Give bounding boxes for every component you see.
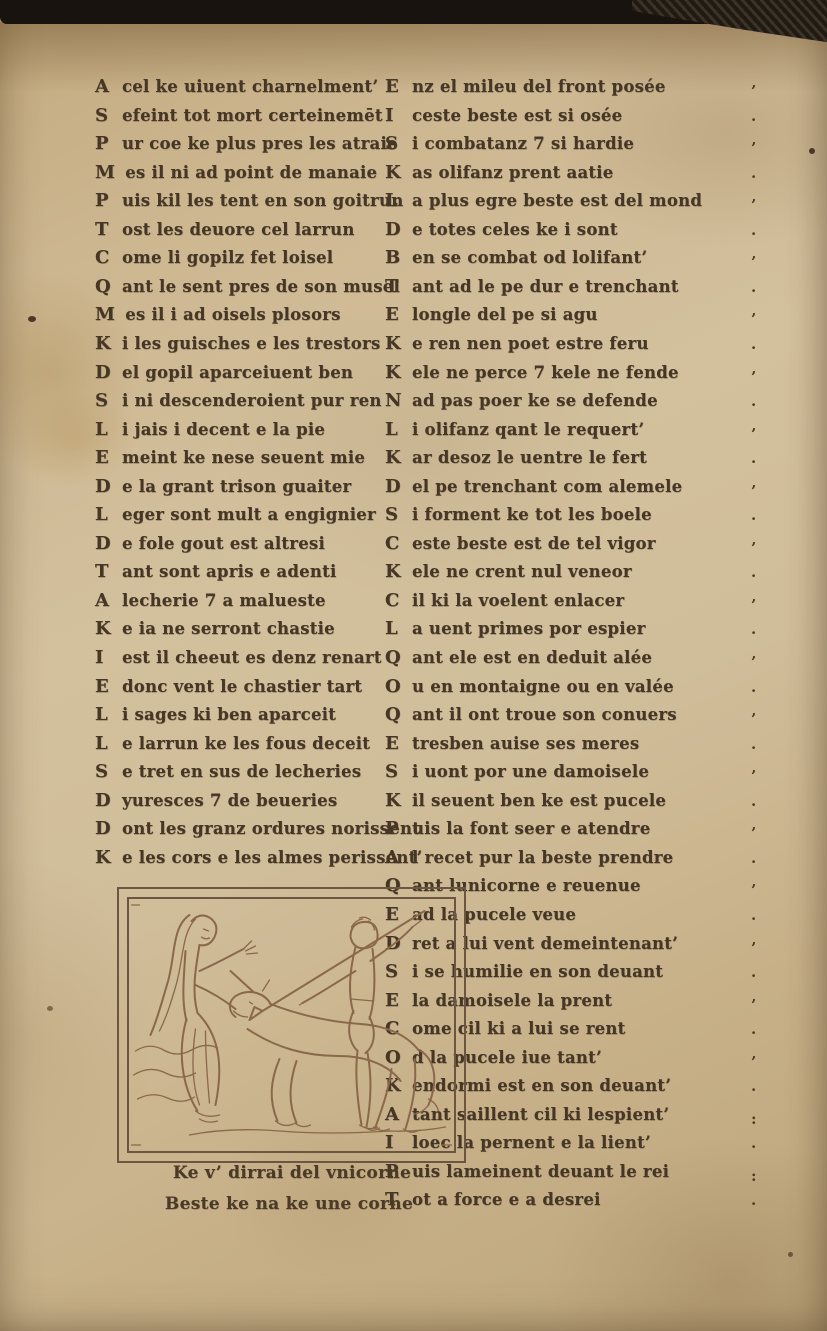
verse-text: uis la font seer e atendre — [412, 819, 650, 838]
verse-line: Iest il cheeut es denz renart — [95, 647, 382, 676]
verse-line: Acel ke uiuent charnelment’ — [95, 76, 378, 105]
verse-line: Tost les deuore cel larrun — [95, 219, 355, 248]
verse-line: Ke les cors e les almes perissent’ — [95, 847, 423, 876]
verse-line: Enz el mileu del front posée — [385, 76, 666, 105]
verse-text: i les guisches e les trestors — [122, 334, 380, 353]
margin-mark: · — [751, 1195, 758, 1224]
verse-text: i ni descenderoient pur ren — [122, 391, 382, 410]
verse-initial: K — [385, 162, 402, 183]
verse-line: Iceste beste est si osée — [385, 105, 622, 134]
verse-initial: K — [95, 847, 112, 868]
verse-line: Edonc vent le chastier tart — [95, 676, 362, 705]
verse-initial: D — [95, 362, 112, 383]
margin-mark: · — [751, 1138, 758, 1167]
verse-line: Le larrun ke les fous deceit — [95, 733, 370, 762]
manuscript-page: Acel ke uiuent charnelment’Sefeint tot m… — [0, 0, 827, 1331]
verse-initial: C — [385, 533, 402, 554]
verse-initial: I — [95, 647, 112, 668]
verse-text: i sages ki ben aparceit — [122, 705, 336, 724]
margin-mark: · — [751, 739, 758, 768]
verse-text: ot a force e a desrei — [412, 1190, 601, 1209]
verse-initial: L — [95, 704, 112, 725]
verse-line: Dyuresces 7 de beueries — [95, 790, 337, 819]
verse-initial: M — [95, 304, 115, 325]
verse-text: meint ke nese seuent mie — [122, 448, 365, 467]
verse-line: Qant il ont troue son conuers — [385, 704, 677, 733]
verse-initial: T — [95, 219, 112, 240]
margin-mark: · — [751, 339, 758, 368]
verse-text: el pe trenchant com alemele — [412, 477, 682, 496]
verse-line: Puis la font seer e atendre — [385, 818, 650, 847]
margin-mark: · — [751, 853, 758, 882]
margin-mark: · — [751, 111, 758, 140]
verse-text: e larrun ke les fous deceit — [122, 734, 370, 753]
verse-line: Se tret en sus de lecheries — [95, 761, 361, 790]
margin-mark: · — [751, 796, 758, 825]
verse-initial: S — [385, 504, 402, 525]
verse-line: Leger sont mult a engignier — [95, 504, 376, 533]
verse-initial: B — [385, 247, 402, 268]
verse-text: l recet pur la beste prendre — [412, 848, 673, 867]
ink-speck — [47, 1006, 53, 1011]
verse-initial: K — [385, 561, 402, 582]
verse-text: e tret en sus de lecheries — [122, 762, 361, 781]
verse-line: Kil seuent ben ke est pucele — [385, 790, 666, 819]
verse-initial: T — [95, 561, 112, 582]
margin-mark: ’ — [751, 139, 758, 168]
verse-initial: L — [385, 190, 402, 211]
ink-speck — [809, 148, 815, 154]
verse-line: Si combatanz 7 si hardie — [385, 133, 634, 162]
margin-mark: · — [751, 282, 758, 311]
verse-text: ant le sent pres de son musel — [122, 277, 400, 296]
margin-mark: : — [751, 1110, 759, 1139]
ink-speck — [28, 316, 36, 322]
verse-text: ant ad le pe dur e trenchant — [412, 277, 679, 296]
margin-mark: ’ — [751, 310, 758, 339]
verse-initial: D — [95, 533, 112, 554]
verse-initial: E — [95, 447, 112, 468]
verse-text: il ki la voelent enlacer — [412, 591, 624, 610]
verse-line: Mes il ni ad point de manaie — [95, 162, 377, 191]
verse-text: ant ele est en deduit alée — [412, 648, 652, 667]
verse-text: ceste beste est si osée — [412, 106, 622, 125]
verse-initial: K — [385, 362, 402, 383]
margin-mark: ’ — [751, 996, 758, 1025]
verse-text: lecherie 7 a malueste — [122, 591, 326, 610]
verse-initial: D — [385, 476, 402, 497]
verse-initial: A — [95, 76, 112, 97]
left-text-column: Acel ke uiuent charnelment’Sefeint tot m… — [95, 76, 385, 876]
verse-initial: S — [95, 761, 112, 782]
verse-initial: O — [385, 676, 402, 697]
verse-line: Etresben auise ses meres — [385, 733, 639, 762]
verse-text: ele ne crent nul veneor — [412, 562, 632, 581]
verse-text: nz el mileu del front posée — [412, 77, 666, 96]
margin-mark: ’ — [751, 368, 758, 397]
verse-initial: E — [385, 76, 402, 97]
verse-line: Ke ia ne serront chastie — [95, 618, 335, 647]
verse-initial: A — [385, 847, 402, 868]
verse-initial: Q — [95, 276, 112, 297]
verse-text: e totes celes ke i sont — [412, 220, 618, 239]
verse-line: Ke ren nen poet estre feru — [385, 333, 649, 362]
verse-text: este beste est de tel vigor — [412, 534, 656, 553]
verse-initial: S — [95, 390, 112, 411]
verse-line: Kele ne crent nul veneor — [385, 561, 632, 590]
margin-mark: · — [751, 1024, 758, 1053]
verse-line: Dont les granz ordures norissent — [95, 818, 420, 847]
verse-line: La uent primes por espier — [385, 618, 646, 647]
verse-text: yuresces 7 de beueries — [122, 791, 337, 810]
verse-initial: S — [95, 105, 112, 126]
verse-initial: P — [95, 133, 112, 154]
verse-line: Kas olifanz prent aatie — [385, 162, 614, 191]
miniature-caption-line-2: Beste ke na ke une corne — [165, 1194, 413, 1214]
verse-text: ost les deuore cel larrun — [122, 220, 355, 239]
verse-line: Ki les guisches e les trestors — [95, 333, 380, 362]
verse-initial: P — [385, 818, 402, 839]
verse-text: i uont por une damoisele — [412, 762, 649, 781]
ink-speck — [788, 1252, 793, 1257]
verse-text: i combatanz 7 si hardie — [412, 134, 634, 153]
verse-text: i forment ke tot les boele — [412, 505, 652, 524]
verse-text: i olifanz qant le requert’ — [412, 420, 644, 439]
verse-initial: L — [95, 504, 112, 525]
verse-initial: C — [95, 247, 112, 268]
verse-text: ant il ont troue son conuers — [412, 705, 677, 724]
verse-text: en se combat od lolifant’ — [412, 248, 647, 267]
miniature-caption-line-1: Ke v’ dirrai del vnicorne — [173, 1163, 411, 1183]
verse-initial: I — [385, 105, 402, 126]
verse-initial: P — [95, 190, 112, 211]
verse-text: il seuent ben ke est pucele — [412, 791, 666, 810]
margin-mark: ’ — [751, 881, 758, 910]
verse-line: Li sages ki ben aparceit — [95, 704, 336, 733]
verse-text: ome li gopilz fet loisel — [122, 248, 333, 267]
verse-initial: L — [385, 419, 402, 440]
margin-mark: ’ — [751, 82, 758, 111]
verse-text: el gopil aparceiuent ben — [122, 363, 353, 382]
margin-mark: · — [751, 225, 758, 254]
verse-initial: D — [95, 790, 112, 811]
verse-line: Come li gopilz fet loisel — [95, 247, 333, 276]
verse-line: Tot a force e a desrei — [385, 1189, 601, 1218]
verse-text: ar desoz le uentre le fert — [412, 448, 647, 467]
verse-text: tresben auise ses meres — [412, 734, 639, 753]
margin-marks: ’·’·’·’·’·’·’·’·’·’·’·’·’·’·’·’·’·’·:·:· — [751, 82, 775, 1227]
verse-line: Alecherie 7 a malueste — [95, 590, 326, 619]
verse-initial: C — [385, 590, 402, 611]
verse-line: De totes celes ke i sont — [385, 219, 618, 248]
verse-line: La plus egre beste est del mond — [385, 190, 702, 219]
verse-initial: E — [385, 733, 402, 754]
verse-text: est il cheeut es denz renart — [122, 648, 382, 667]
margin-mark: · — [751, 910, 758, 939]
verse-text: ad pas poer ke se defende — [412, 391, 658, 410]
margin-mark: ’ — [751, 710, 758, 739]
verse-line: Si ni descenderoient pur ren — [95, 390, 382, 419]
margin-mark: · — [751, 967, 758, 996]
verse-initial: N — [385, 390, 402, 411]
verse-line: Si forment ke tot les boele — [385, 504, 652, 533]
verse-line: Cil ki la voelent enlacer — [385, 590, 624, 619]
verse-text: e ia ne serront chastie — [122, 619, 335, 638]
verse-line: Qant ele est en deduit alée — [385, 647, 652, 676]
verse-text: es il i ad oisels plosors — [125, 305, 341, 324]
verse-text: e ren nen poet estre feru — [412, 334, 649, 353]
verse-text: ant sont apris e adenti — [122, 562, 337, 581]
verse-line: Kele ne perce 7 kele ne fende — [385, 362, 679, 391]
verse-initial: Q — [385, 704, 402, 725]
margin-mark: : — [751, 1167, 759, 1196]
margin-mark: ’ — [751, 196, 758, 225]
verse-text: cel ke uiuent charnelment’ — [122, 77, 378, 96]
miniature-frame — [117, 887, 466, 1163]
verse-line: Nad pas poer ke se defende — [385, 390, 658, 419]
verse-text: i jais i decent e la pie — [122, 420, 325, 439]
verse-initial: K — [385, 790, 402, 811]
verse-line: Li olifanz qant le requert’ — [385, 419, 644, 448]
verse-initial: K — [95, 618, 112, 639]
verse-line: Tant sont apris e adenti — [95, 561, 337, 590]
verse-line: Mes il i ad oisels plosors — [95, 304, 341, 333]
margin-mark: · — [751, 682, 758, 711]
verse-line: Ou en montaigne ou en valée — [385, 676, 674, 705]
margin-mark: ’ — [751, 653, 758, 682]
margin-mark: · — [751, 453, 758, 482]
verse-initial: D — [95, 476, 112, 497]
margin-mark: · — [751, 567, 758, 596]
verse-initial: E — [95, 676, 112, 697]
margin-mark: ’ — [751, 1053, 758, 1082]
margin-mark: ’ — [751, 482, 758, 511]
verse-line: Del pe trenchant com alemele — [385, 476, 682, 505]
margin-mark: ’ — [751, 767, 758, 796]
margin-mark: ’ — [751, 824, 758, 853]
margin-mark: ’ — [751, 939, 758, 968]
verse-initial: L — [95, 419, 112, 440]
verse-text: es il ni ad point de manaie — [125, 163, 377, 182]
verse-initial: S — [385, 761, 402, 782]
verse-line: Ceste beste est de tel vigor — [385, 533, 656, 562]
verse-line: Sefeint tot mort certeinemēt — [95, 105, 383, 134]
verse-initial: Q — [385, 647, 402, 668]
verse-line: Elongle del pe si agu — [385, 304, 598, 333]
verse-text: a plus egre beste est del mond — [412, 191, 702, 210]
verse-line: Del gopil aparceiuent ben — [95, 362, 353, 391]
verse-text: u en montaigne ou en valée — [412, 677, 674, 696]
verse-line: Kar desoz le uentre le fert — [385, 447, 647, 476]
verse-text: e les cors e les almes perissent’ — [122, 848, 423, 867]
verse-initial: E — [385, 304, 402, 325]
verse-initial: K — [95, 333, 112, 354]
verse-line: De la grant trison guaiter — [95, 476, 351, 505]
verse-text: uis lameinent deuant le rei — [412, 1162, 669, 1181]
verse-text: ont les granz ordures norissent — [122, 819, 420, 838]
margin-mark: ’ — [751, 253, 758, 282]
verse-text: donc vent le chastier tart — [122, 677, 362, 696]
verse-text: longle del pe si agu — [412, 305, 598, 324]
margin-mark: ’ — [751, 596, 758, 625]
binding-cloth-corner — [632, 0, 827, 68]
verse-line: Puis lameinent deuant le rei — [385, 1161, 669, 1190]
verse-text: e fole gout est altresi — [122, 534, 325, 553]
verse-line: Pur coe ke plus pres les atraie — [95, 133, 398, 162]
verse-text: as olifanz prent aatie — [412, 163, 614, 182]
verse-initial: L — [385, 618, 402, 639]
verse-initial: S — [385, 133, 402, 154]
verse-line: Tant ad le pe dur e trenchant — [385, 276, 679, 305]
verse-line: Puis kil les tent en son goitrun — [95, 190, 403, 219]
verse-text: eger sont mult a engignier — [122, 505, 376, 524]
margin-mark: ’ — [751, 425, 758, 454]
verse-text: ele ne perce 7 kele ne fende — [412, 363, 679, 382]
verse-line: Emeint ke nese seuent mie — [95, 447, 365, 476]
verse-initial: D — [385, 219, 402, 240]
verse-text: efeint tot mort certeinemēt — [122, 106, 383, 125]
verse-text: ur coe ke plus pres les atraie — [122, 134, 398, 153]
verse-line: Ben se combat od lolifant’ — [385, 247, 647, 276]
margin-mark: · — [751, 168, 758, 197]
margin-mark: · — [751, 510, 758, 539]
verse-initial: L — [95, 733, 112, 754]
verse-initial: K — [385, 447, 402, 468]
verse-initial: T — [385, 276, 402, 297]
verse-initial: D — [95, 818, 112, 839]
margin-mark: ’ — [751, 539, 758, 568]
verse-line: Qant le sent pres de son musel — [95, 276, 400, 305]
verse-text: a uent primes por espier — [412, 619, 646, 638]
verse-text: e la grant trison guaiter — [122, 477, 351, 496]
verse-initial: K — [385, 333, 402, 354]
verse-line: Si uont por une damoisele — [385, 761, 649, 790]
maiden-unicorn-hunter-drawing — [129, 899, 454, 1151]
verse-text: uis kil les tent en son goitrun — [122, 191, 403, 210]
margin-mark: · — [751, 624, 758, 653]
verse-line: Al recet pur la beste prendre — [385, 847, 673, 876]
margin-mark: · — [751, 396, 758, 425]
verse-line: Li jais i decent e la pie — [95, 419, 325, 448]
verse-initial: M — [95, 162, 115, 183]
verse-initial: A — [95, 590, 112, 611]
verse-line: De fole gout est altresi — [95, 533, 325, 562]
margin-mark: · — [751, 1081, 758, 1110]
miniature-inner-frame — [127, 897, 456, 1153]
